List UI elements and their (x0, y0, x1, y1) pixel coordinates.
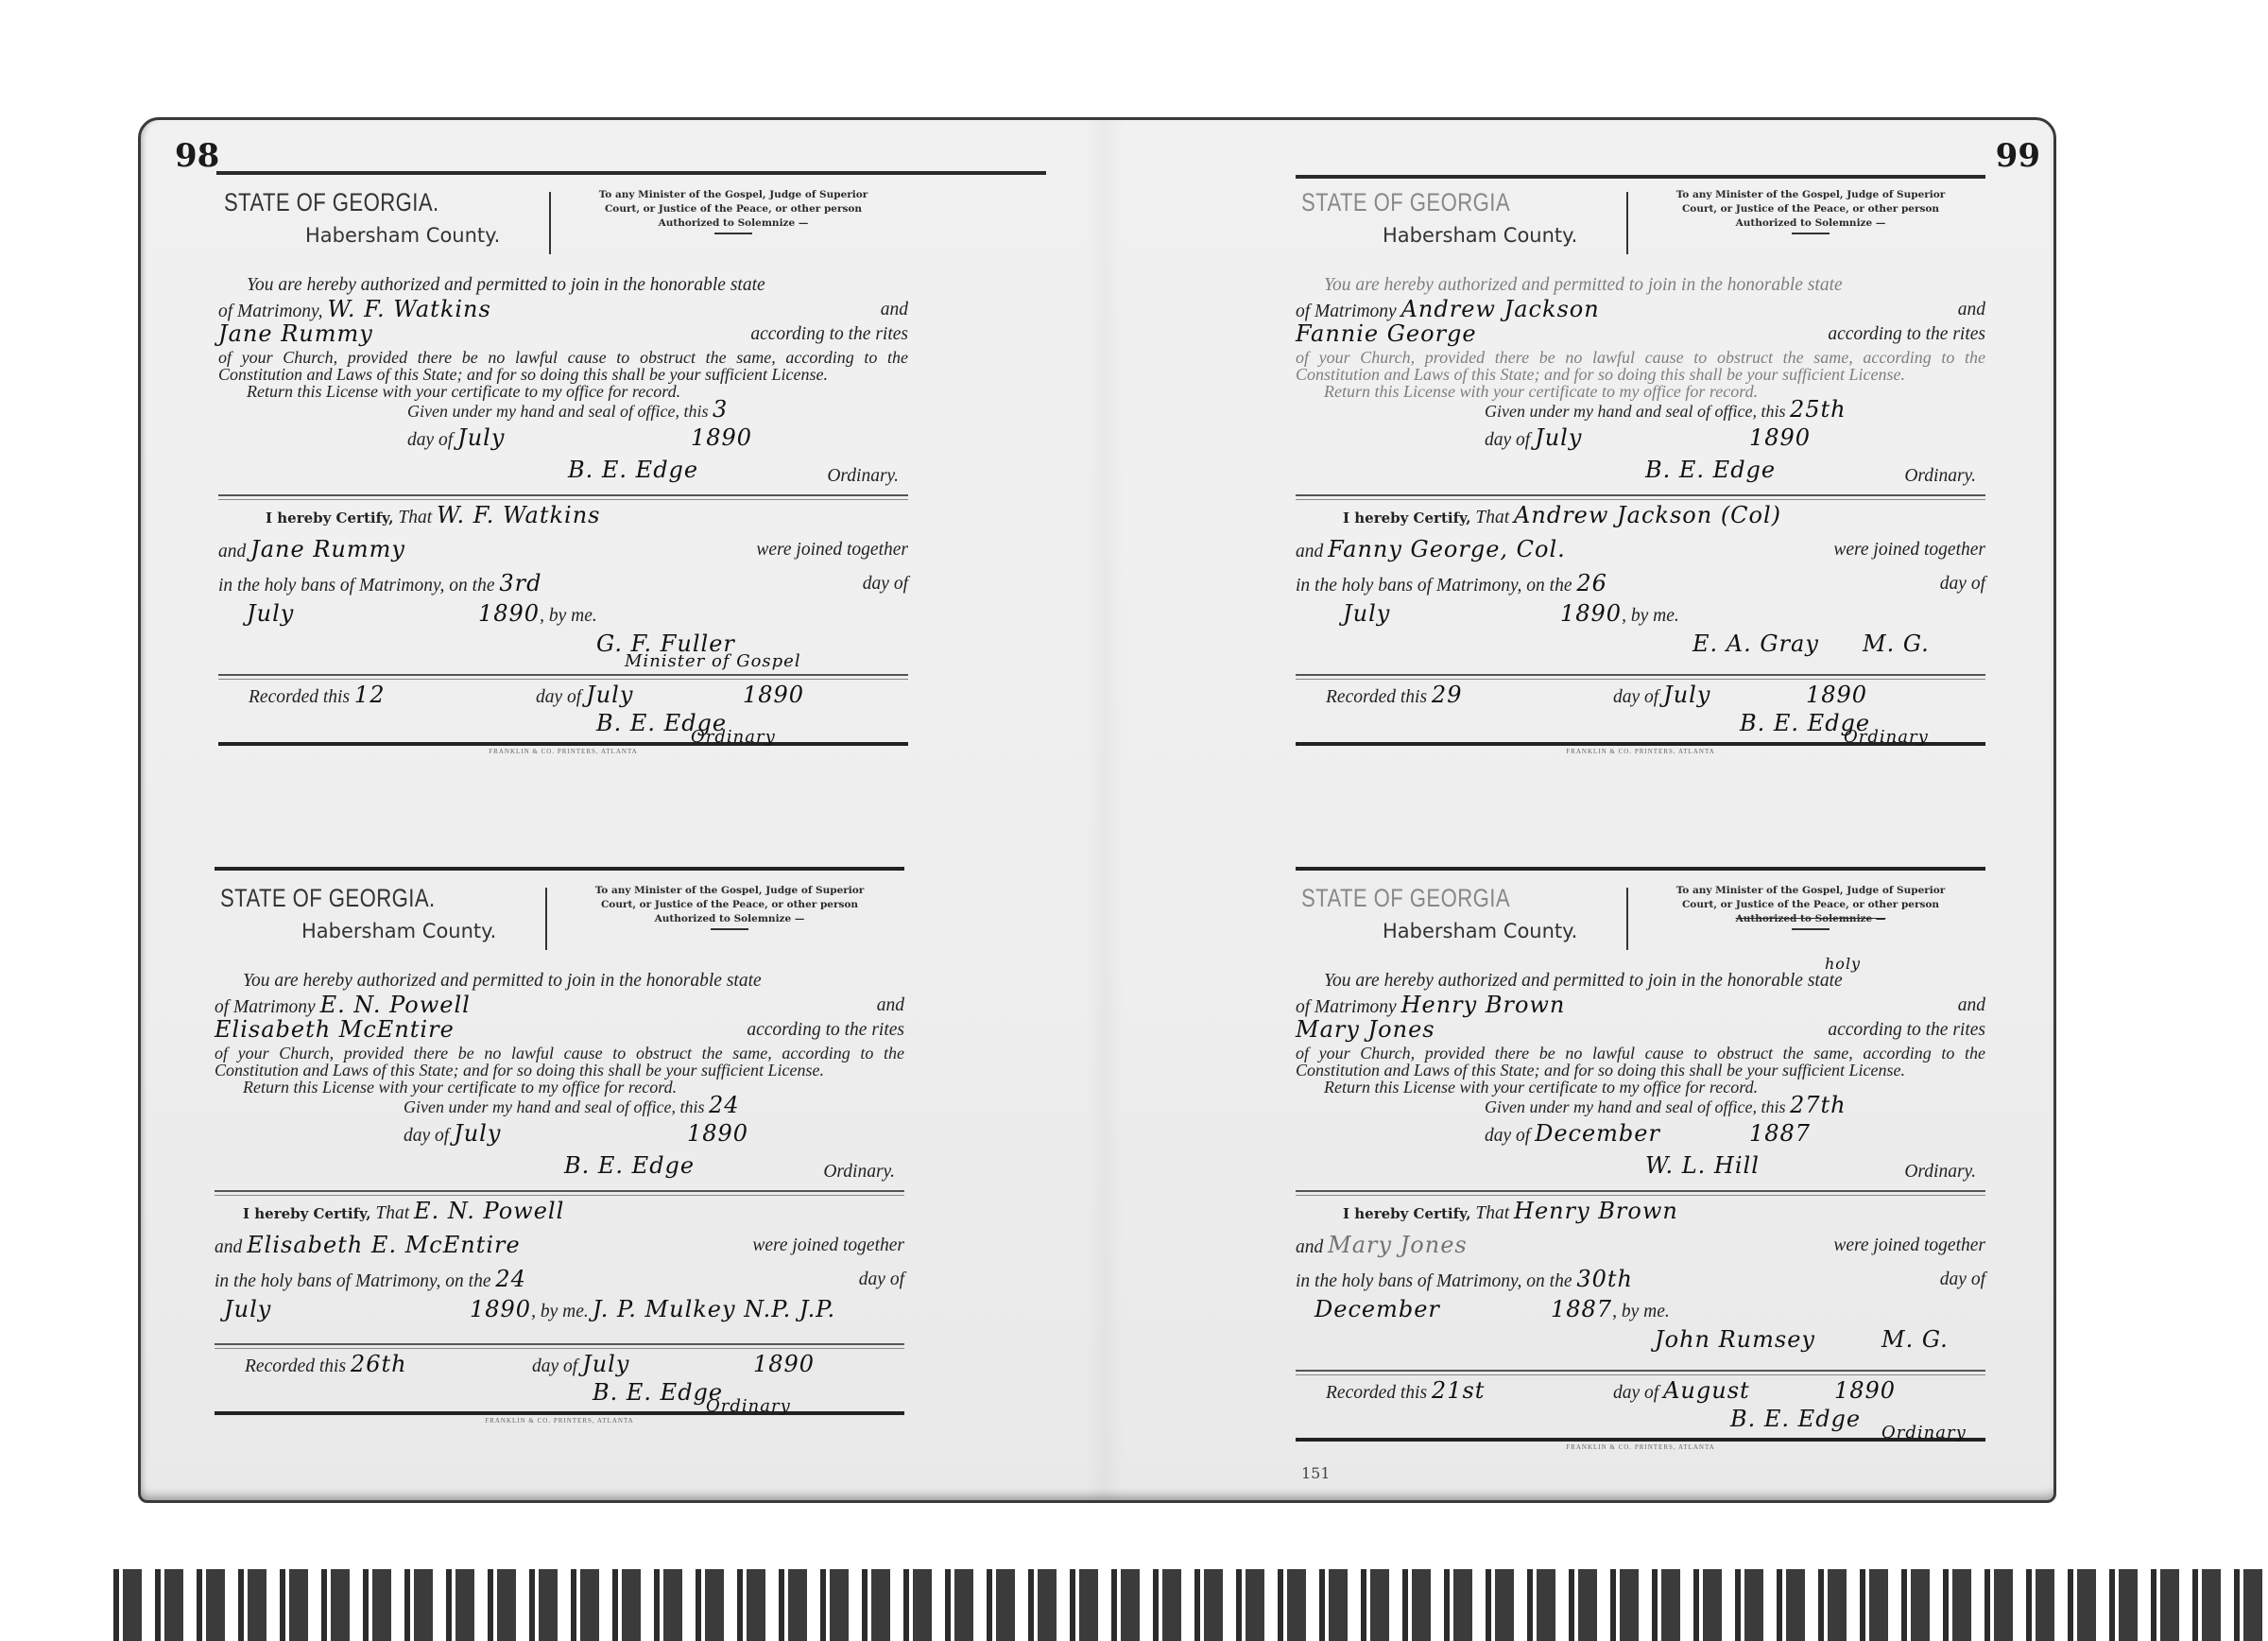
header-rule-right (1296, 175, 1985, 179)
cert-groom-name: Henry Brown (1514, 1198, 1678, 1224)
printer-imprint: FRANKLIN & CO. PRINTERS, ATLANTA (1296, 748, 1985, 755)
recorded-month: August (1663, 1377, 1750, 1404)
married-day: 24 (495, 1266, 526, 1292)
section-rule (1296, 494, 1985, 500)
section-rule (1296, 1370, 1985, 1375)
closing-rule (215, 1411, 904, 1415)
state-heading: STATE OF GEORGIA (1301, 188, 1510, 217)
printer-imprint: FRANKLIN & CO. PRINTERS, ATLANTA (215, 1417, 904, 1425)
license-body: You are hereby authorized and permitted … (1296, 971, 1985, 1184)
addressee-block: To any Minister of the Gospel, Judge of … (1645, 884, 1976, 930)
printer-imprint: FRANKLIN & CO. PRINTERS, ATLANTA (1296, 1443, 1985, 1451)
recorded-month: July (586, 682, 633, 708)
recording-body: Recorded this 29day of July1890 B. E. Ed… (1296, 685, 1985, 738)
license-record-bottom-right: STATE OF GEORGIA Habersham County. To an… (1296, 867, 1985, 1451)
certificate-body: I hereby Certify, That E. N. Powell and … (215, 1201, 904, 1338)
officiant-signature: J. P. Mulkey N.P. J.P. (593, 1300, 835, 1320)
bride-name: Mary Jones (1296, 1016, 1435, 1043)
groom-name: Henry Brown (1401, 992, 1566, 1018)
license-header: STATE OF GEORGIA Habersham County. To an… (1296, 188, 1985, 275)
ordinary-signature: W. L. Hill (1645, 1156, 1760, 1176)
ordinary-signature: B. E. Edge (568, 460, 698, 480)
recording-body: Recorded this 26thday of July1890 B. E. … (215, 1355, 904, 1408)
issued-year: 1887 (1749, 1124, 1811, 1144)
issued-day: 24 (709, 1092, 740, 1118)
section-rule (218, 674, 908, 680)
recorded-day: 29 (1432, 682, 1463, 708)
amendment-insert: holy (1825, 954, 1861, 974)
groom-name: W. F. Watkins (327, 296, 490, 322)
page-number-left: 98 (175, 137, 219, 175)
recorder-signature: B. E. Edge (593, 1383, 723, 1403)
officiant-signature: John Rumsey (1655, 1330, 1815, 1350)
cert-groom-name: W. F. Watkins (437, 502, 600, 528)
brace-divider (1626, 192, 1630, 254)
brace-divider (545, 888, 549, 950)
bride-name: Elisabeth McEntire (215, 1016, 455, 1043)
recorder-title: Ordinary (706, 1396, 791, 1416)
cert-groom-name: E. N. Powell (414, 1198, 564, 1224)
recorded-year: 1890 (743, 685, 804, 705)
closing-rule (218, 742, 908, 746)
ordinary-signature: B. E. Edge (564, 1156, 695, 1176)
county-heading: Habersham County. (301, 920, 496, 942)
cert-bride-name: Jane Rummy (250, 536, 405, 562)
book-gutter (1086, 120, 1124, 1500)
issued-month: July (454, 1120, 501, 1147)
married-day: 3rd (499, 570, 541, 596)
issued-day: 25th (1790, 396, 1847, 423)
cert-groom-name: Andrew Jackson (Col) (1514, 502, 1781, 528)
top-rule (1296, 867, 1985, 871)
married-day: 26 (1576, 570, 1607, 596)
married-month: July (224, 1296, 271, 1322)
recorded-day: 12 (354, 682, 386, 708)
license-header: STATE OF GEORGIA Habersham County. To an… (1296, 884, 1985, 971)
recording-body: Recorded this 12day of July1890 B. E. Ed… (218, 685, 908, 738)
license-header: STATE OF GEORGIA. Habersham County. To a… (218, 188, 908, 275)
swash-ornament (1792, 928, 1830, 930)
section-rule (215, 1190, 904, 1196)
married-month: December (1314, 1296, 1440, 1322)
certificate-body: I hereby Certify, That Henry Brown and M… (1296, 1201, 1985, 1364)
recorder-title: Ordinary (691, 727, 776, 747)
recording-body: Recorded this 21stday of August1890 B. E… (1296, 1381, 1985, 1434)
married-year: 1890 (478, 600, 540, 627)
issued-month: July (1535, 424, 1582, 451)
swash-ornament (711, 928, 748, 930)
cert-bride-name: Mary Jones (1328, 1232, 1468, 1258)
issued-month: December (1535, 1120, 1660, 1147)
issued-year: 1890 (687, 1124, 748, 1144)
groom-name: Andrew Jackson (1401, 296, 1600, 322)
recorded-year: 1890 (753, 1355, 815, 1374)
license-body: You are hereby authorized and permitted … (215, 971, 904, 1184)
section-rule (215, 1343, 904, 1349)
recorded-month: July (1663, 682, 1710, 708)
cert-bride-name: Elisabeth E. McEntire (247, 1232, 521, 1258)
brace-divider (549, 192, 553, 254)
recorded-day: 21st (1432, 1377, 1486, 1404)
bottom-stamp-number: 151 (1301, 1464, 1331, 1482)
recorder-signature: B. E. Edge (1730, 1409, 1861, 1429)
issued-month: July (457, 424, 505, 451)
recorded-month: July (582, 1351, 629, 1377)
license-record-bottom-left: STATE OF GEORGIA. Habersham County. To a… (215, 867, 904, 1425)
recorded-year: 1890 (1834, 1381, 1896, 1401)
issued-day: 27th (1790, 1092, 1847, 1118)
swash-ornament (1792, 233, 1830, 234)
swash-ornament (714, 233, 752, 234)
recorded-year: 1890 (1806, 685, 1867, 705)
state-heading: STATE OF GEORGIA. (220, 884, 436, 913)
state-heading: STATE OF GEORGIA. (224, 188, 439, 217)
issued-year: 1890 (691, 428, 752, 448)
section-rule (1296, 674, 1985, 680)
county-heading: Habersham County. (1383, 920, 1577, 942)
license-header: STATE OF GEORGIA. Habersham County. To a… (215, 884, 904, 971)
groom-name: E. N. Powell (320, 992, 471, 1018)
addressee-block: To any Minister of the Gospel, Judge of … (1645, 188, 1976, 234)
married-month: July (247, 600, 294, 627)
issued-year: 1890 (1749, 428, 1811, 448)
county-heading: Habersham County. (1383, 224, 1577, 247)
officiant-title: M. G. (1863, 634, 1930, 654)
married-year: 1890 (470, 1296, 531, 1322)
recorded-day: 26th (351, 1351, 407, 1377)
married-day: 30th (1576, 1266, 1633, 1292)
county-heading: Habersham County. (305, 224, 500, 247)
certificate-body: I hereby Certify, That W. F. Watkins and… (218, 506, 908, 668)
license-body: You are hereby authorized and permitted … (1296, 275, 1985, 489)
license-record-top-right: STATE OF GEORGIA Habersham County. To an… (1296, 188, 1985, 755)
married-month: July (1343, 600, 1390, 627)
officiant-signature: E. A. Gray (1692, 634, 1819, 654)
register-book-spread: 98 99 STATE OF GEORGIA. Habersham County… (138, 117, 2056, 1503)
bride-name: Fannie George (1296, 320, 1477, 347)
issued-day: 3 (713, 396, 728, 423)
certificate-body: I hereby Certify, That Andrew Jackson (C… (1296, 506, 1985, 668)
married-year: 1890 (1560, 600, 1622, 627)
addressee-block: To any Minister of the Gospel, Judge of … (568, 188, 899, 234)
license-body: You are hereby authorized and permitted … (218, 275, 908, 489)
married-year: 1887 (1551, 1296, 1612, 1322)
cert-bride-name: Fanny George, Col. (1328, 536, 1566, 562)
bride-name: Jane Rummy (218, 320, 373, 347)
license-record-top-left: STATE OF GEORGIA. Habersham County. To a… (218, 188, 908, 755)
section-rule (218, 494, 908, 500)
state-heading: STATE OF GEORGIA (1301, 884, 1510, 913)
officiant-title: M. G. (1881, 1330, 1949, 1350)
printer-imprint: FRANKLIN & CO. PRINTERS, ATLANTA (218, 748, 908, 755)
section-rule (1296, 1190, 1985, 1196)
officiant-title: Minister of Gospel (625, 651, 801, 671)
ordinary-signature: B. E. Edge (1645, 460, 1776, 480)
page-number-right: 99 (1996, 137, 2040, 175)
addressee-block: To any Minister of the Gospel, Judge of … (564, 884, 895, 930)
header-rule-left (216, 171, 1046, 175)
brace-divider (1626, 888, 1630, 950)
scanner-edge-strip (113, 1569, 2268, 1641)
recorder-title: Ordinary (1844, 727, 1929, 747)
top-rule (215, 867, 904, 871)
recorder-title: Ordinary (1881, 1423, 1967, 1442)
